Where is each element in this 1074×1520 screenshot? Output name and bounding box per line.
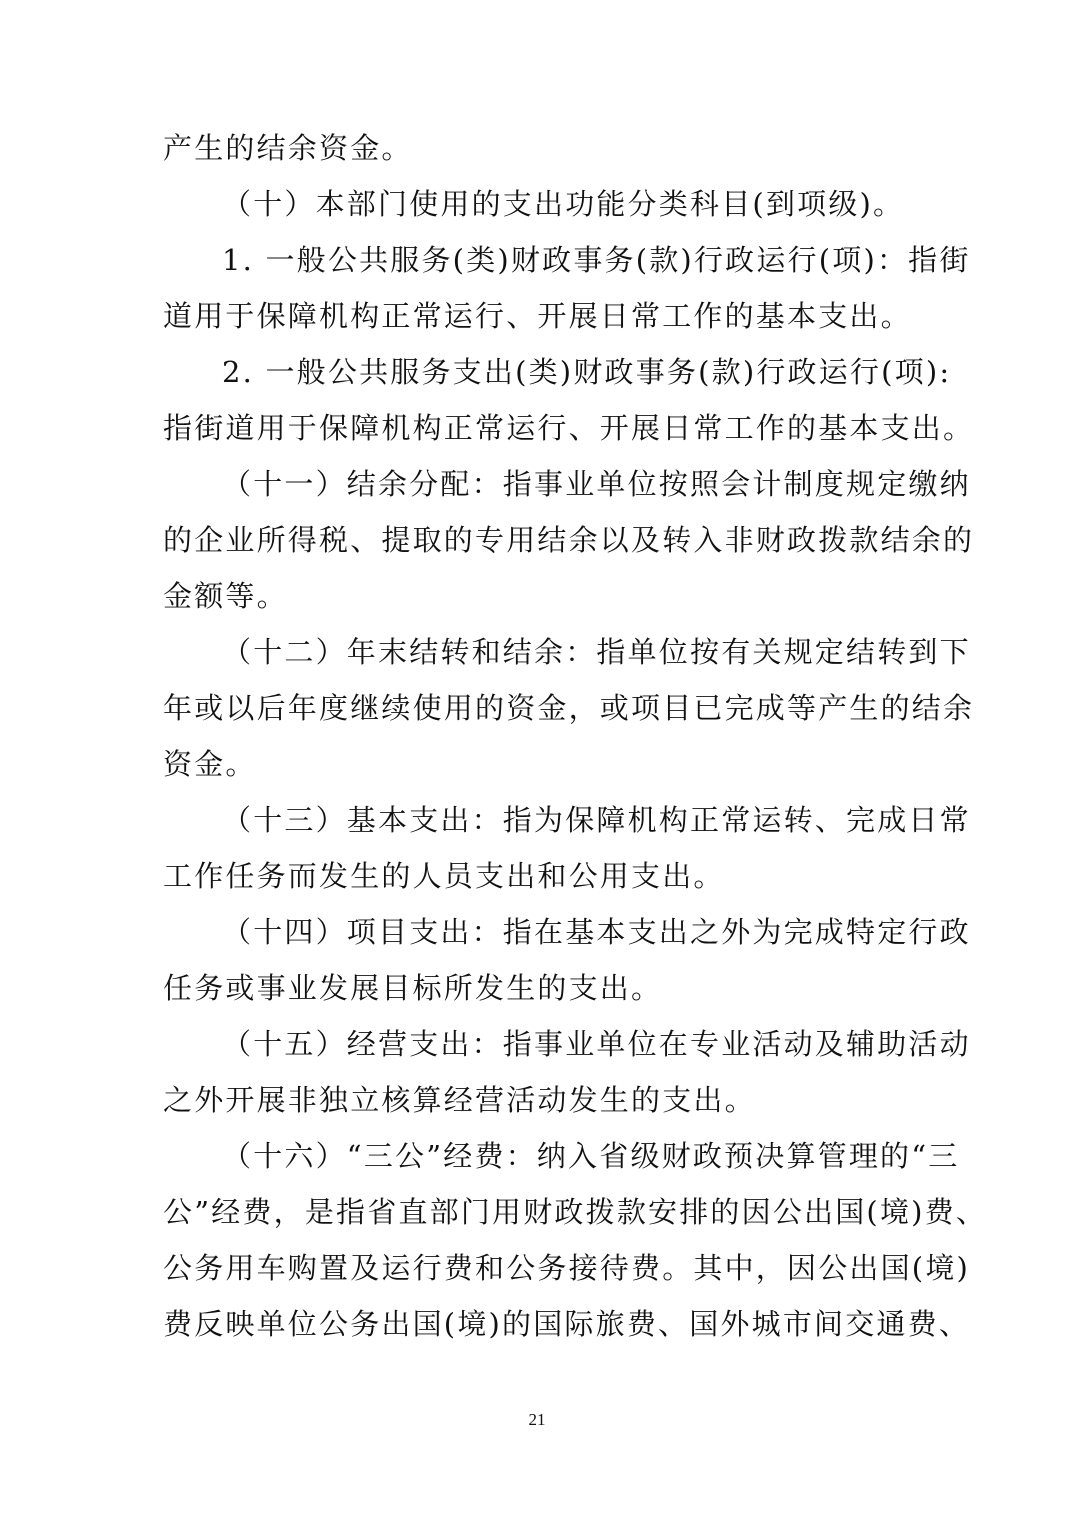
text-line: 道用于保障机构正常运行、开展日常工作的基本支出。 [163, 296, 915, 336]
text-line: 的企业所得税、提取的专用结余以及转入非财政拨款结余的 [163, 520, 915, 560]
text-line: 之外开展非独立核算经营活动发生的支出。 [163, 1080, 915, 1120]
text-line: 公”经费，是指省直部门用财政拨款安排的因公出国(境)费、 [163, 1192, 915, 1232]
text-line: （十一）结余分配：指事业单位按照会计制度规定缴纳 [222, 464, 915, 504]
text-line: （十三）基本支出：指为保障机构正常运转、完成日常 [222, 800, 915, 840]
text-line: 费反映单位公务出国(境)的国际旅费、国外城市间交通费、 [163, 1304, 915, 1344]
text-line: 工作任务而发生的人员支出和公用支出。 [163, 856, 915, 896]
text-line: （十五）经营支出：指事业单位在专业活动及辅助活动 [222, 1024, 915, 1064]
text-line: （十六）“三公”经费：纳入省级财政预决算管理的“三 [222, 1136, 915, 1176]
text-line: （十四）项目支出：指在基本支出之外为完成特定行政 [222, 912, 915, 952]
text-line: 年或以后年度继续使用的资金，或项目已完成等产生的结余 [163, 688, 915, 728]
page-number: 21 [0, 1410, 1074, 1430]
text-line: 指街道用于保障机构正常运行、开展日常工作的基本支出。 [163, 408, 915, 448]
text-line: 1. 一般公共服务(类)财政事务(款)行政运行(项)：指街 [222, 240, 915, 280]
text-line: 任务或事业发展目标所发生的支出。 [163, 968, 915, 1008]
text-line: 产生的结余资金。 [163, 128, 915, 168]
text-line: 金额等。 [163, 576, 915, 616]
text-line: 2. 一般公共服务支出(类)财政事务(款)行政运行(项): [222, 352, 915, 392]
text-line: 公务用车购置及运行费和公务接待费。其中，因公出国(境) [163, 1248, 915, 1288]
text-line: （十）本部门使用的支出功能分类科目(到项级)。 [222, 184, 915, 224]
text-line: （十二）年末结转和结余：指单位按有关规定结转到下 [222, 632, 915, 672]
text-line: 资金。 [163, 744, 915, 784]
